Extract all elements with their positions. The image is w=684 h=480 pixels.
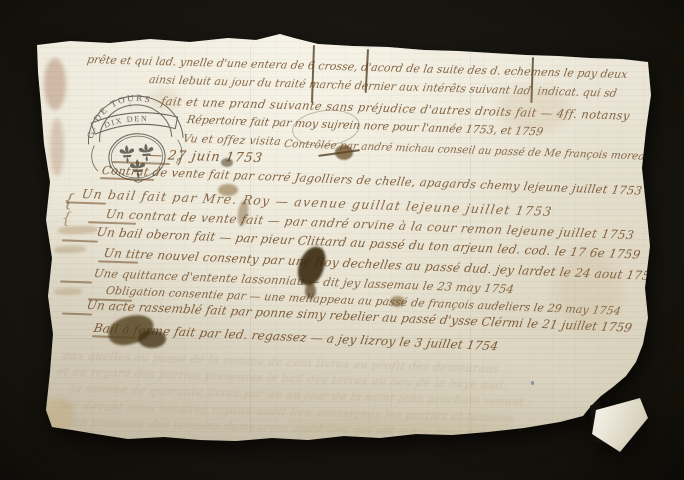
document-paper: G. DE TOURS DIX DEN ij prête et qui lad.…: [0, 0, 684, 480]
ink-stain: [54, 245, 86, 253]
margin-mark: {: [61, 210, 72, 227]
paper-shadow-wrap: G. DE TOURS DIX DEN ij prête et qui lad.…: [0, 0, 684, 480]
underline-dash: [60, 280, 92, 283]
manuscript-photo: G. DE TOURS DIX DEN ij prête et qui lad.…: [0, 0, 684, 480]
ink-stain: [54, 288, 82, 296]
underline-dash: [62, 239, 98, 242]
ink-stain: [44, 58, 66, 110]
underline-dash: [88, 221, 136, 224]
blue-ink-speck: [531, 381, 534, 385]
ink-stain: [50, 118, 64, 176]
margin-mark: 8: [176, 158, 181, 166]
underline-dash: [92, 335, 136, 338]
underline-dash: [62, 312, 92, 315]
stamp-left-sprig: [91, 145, 98, 171]
pen-stroke: [311, 45, 315, 103]
underline-dash: [98, 260, 138, 263]
manuscript-line: Vu et offez visita: [182, 133, 282, 147]
